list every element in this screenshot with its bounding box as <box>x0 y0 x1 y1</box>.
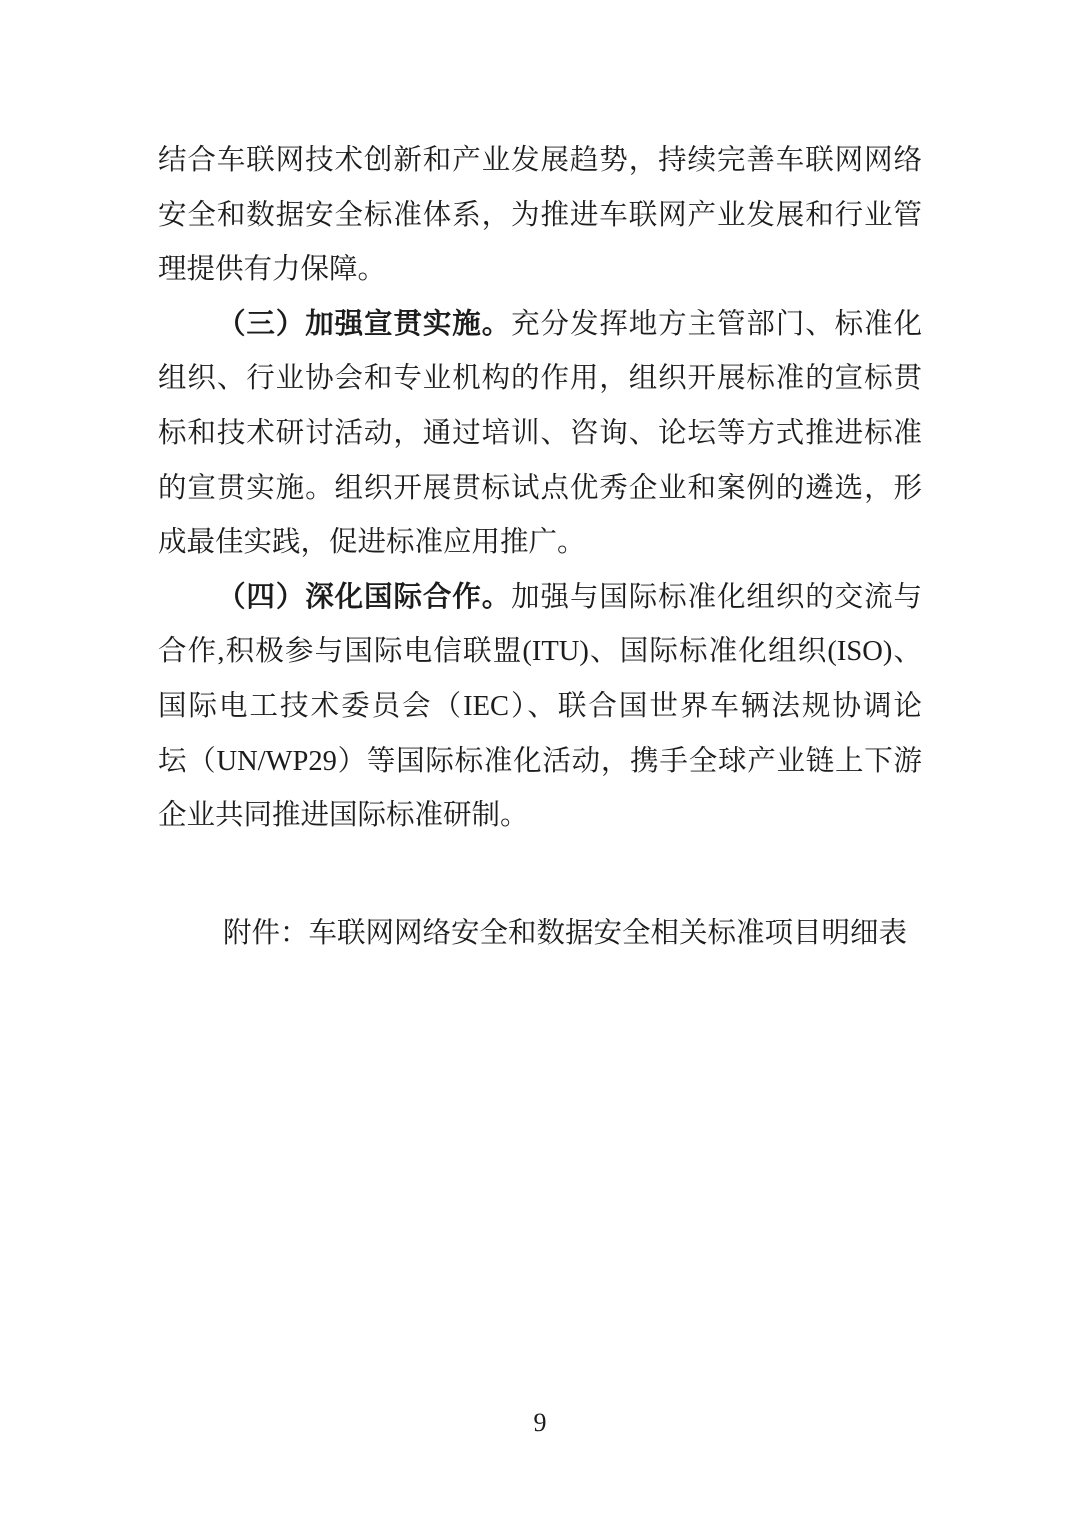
text-line: （四）深化国际合作。加强与国际标准化组织的交流与 <box>158 571 922 626</box>
body-text: 的宣贯实施。组织开展贯标试点优秀企业和案例的遴选，形 <box>158 473 922 504</box>
body-text: 成最佳实践，促进标准应用推广。 <box>158 527 586 558</box>
text-line: 结合车联网技术创新和产业发展趋势，持续完善车联网网络 <box>158 134 922 189</box>
text-line: 国际电工技术委员会（IEC）、联合国世界车辆法规协调论 <box>158 680 922 735</box>
document-page: 结合车联网技术创新和产业发展趋势，持续完善车联网网络 安全和数据安全标准体系，为… <box>0 0 1080 1526</box>
text-line: 合作,积极参与国际电信联盟(ITU)、国际标准化组织(ISO)、 <box>158 625 922 680</box>
text-line: 企业共同推进国际标准研制。 <box>158 789 922 844</box>
body-text: 坛（UN/WP29）等国际标准化活动，携手全球产业链上下游 <box>158 746 922 777</box>
page-number: 9 <box>0 1408 1080 1438</box>
text-line: 标和技术研讨活动，通过培训、咨询、论坛等方式推进标准 <box>158 407 922 462</box>
text-line: 坛（UN/WP29）等国际标准化活动，携手全球产业链上下游 <box>158 735 922 790</box>
text-line: 安全和数据安全标准体系，为推进车联网产业发展和行业管 <box>158 189 922 244</box>
attachment-text: 附件：车联网网络安全和数据安全相关标准项目明细表 <box>223 918 907 949</box>
body-text: 充分发挥地方主管部门、标准化 <box>511 309 922 340</box>
body-text: 标和技术研讨活动，通过培训、咨询、论坛等方式推进标准 <box>158 418 922 449</box>
document-text: 结合车联网技术创新和产业发展趋势，持续完善车联网网络 安全和数据安全标准体系，为… <box>158 134 922 961</box>
attachment-reference: 附件：车联网网络安全和数据安全相关标准项目明细表 <box>158 907 922 962</box>
body-text: 理提供有力保障。 <box>158 254 386 285</box>
body-text: 组织、行业协会和专业机构的作用，组织开展标准的宣标贯 <box>158 363 922 394</box>
text-line: 组织、行业协会和专业机构的作用，组织开展标准的宣标贯 <box>158 352 922 407</box>
text-line: 理提供有力保障。 <box>158 243 922 298</box>
text-line: （三）加强宣贯实施。充分发挥地方主管部门、标准化 <box>158 298 922 353</box>
body-text: 合作,积极参与国际电信联盟(ITU)、国际标准化组织(ISO)、 <box>158 636 922 667</box>
section-heading: （三）加强宣贯实施。 <box>217 309 511 340</box>
body-text: 结合车联网技术创新和产业发展趋势，持续完善车联网网络 <box>158 145 922 176</box>
body-text: 企业共同推进国际标准研制。 <box>158 800 529 831</box>
body-text: 国际电工技术委员会（IEC）、联合国世界车辆法规协调论 <box>158 691 922 722</box>
text-line: 成最佳实践，促进标准应用推广。 <box>158 516 922 571</box>
text-line: 的宣贯实施。组织开展贯标试点优秀企业和案例的遴选，形 <box>158 462 922 517</box>
section-heading: （四）深化国际合作。 <box>217 582 511 613</box>
body-text: 加强与国际标准化组织的交流与 <box>511 582 922 613</box>
body-text: 安全和数据安全标准体系，为推进车联网产业发展和行业管 <box>158 200 922 231</box>
